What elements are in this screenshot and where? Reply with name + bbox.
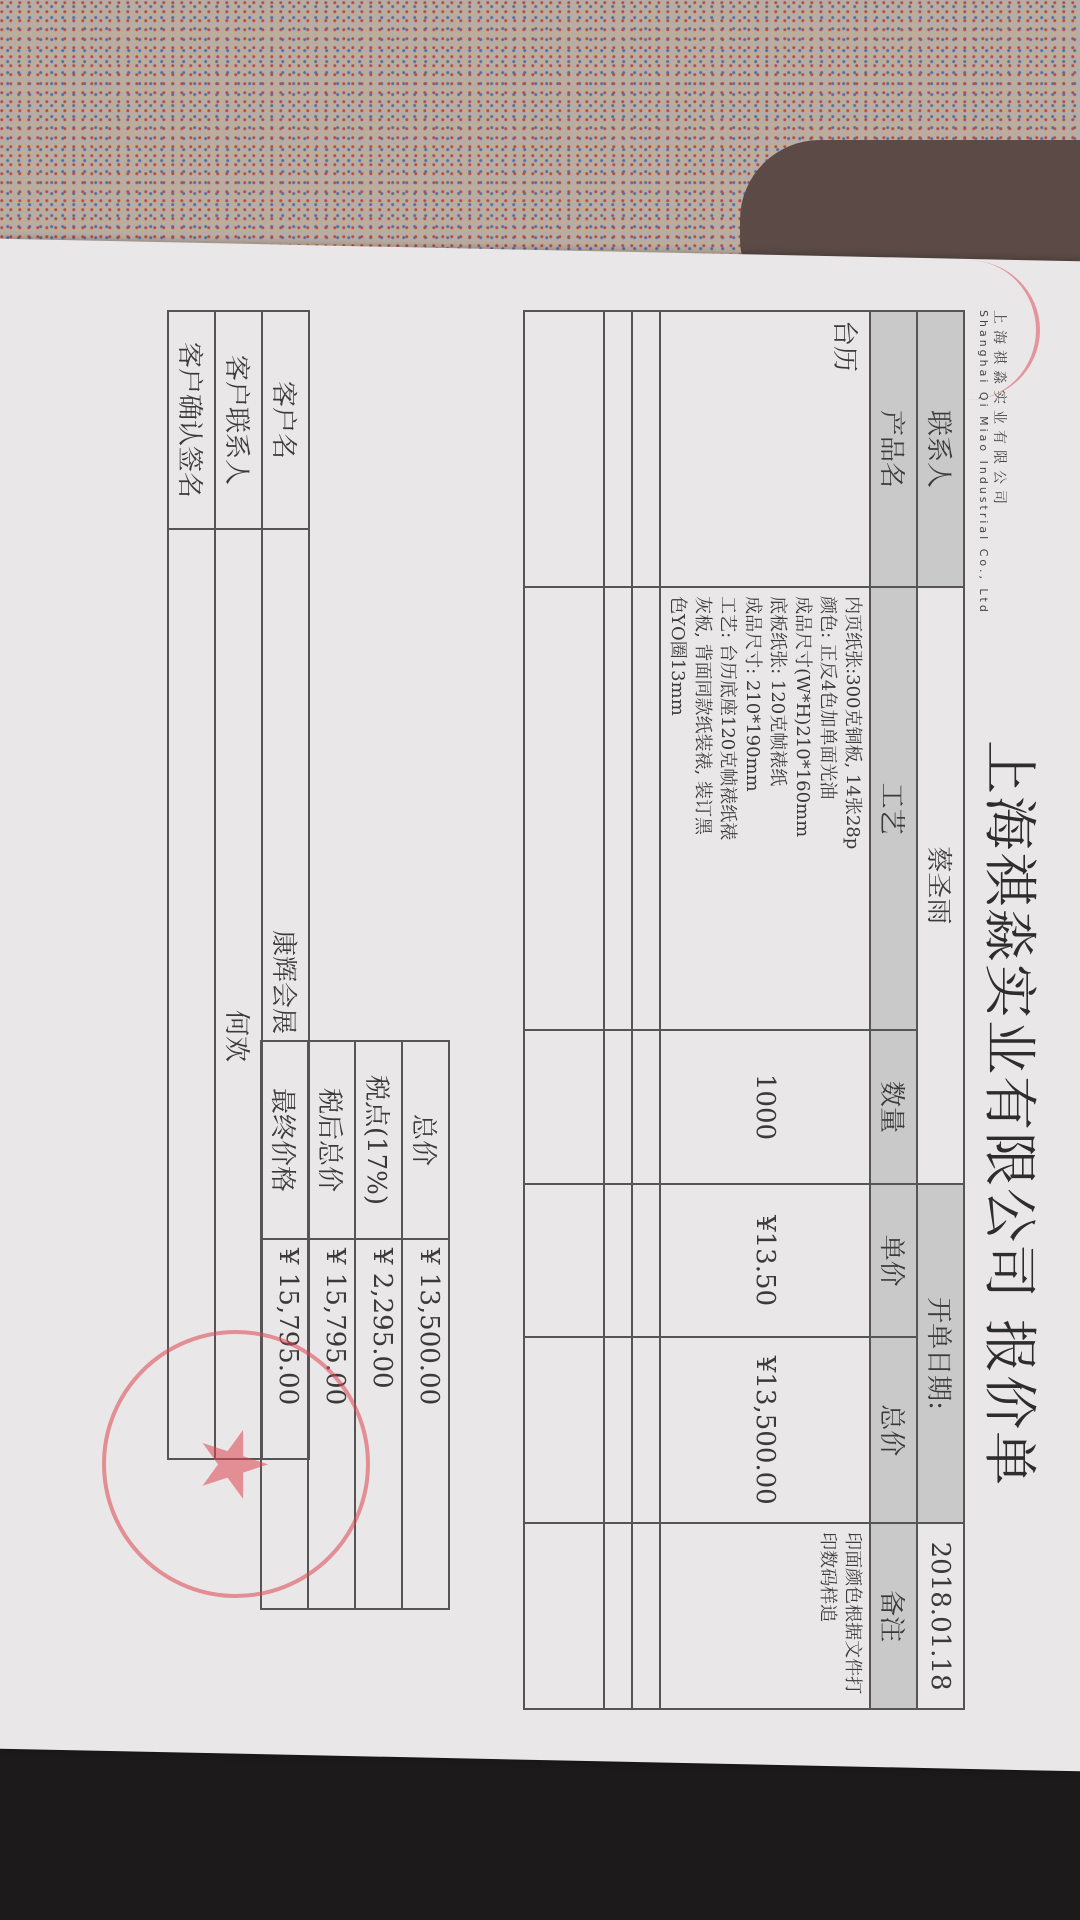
product-name: 台历 [660, 311, 870, 587]
row-total: ¥13,500.00 [660, 1337, 870, 1523]
col-total: 总价 [870, 1337, 917, 1523]
contact-value: 蔡圣雨 [917, 587, 964, 1184]
company-seal [102, 1330, 370, 1598]
logo-en: Shanghai Qi Miao Industrial Co., Ltd [977, 310, 990, 615]
col-quantity: 数量 [870, 1030, 917, 1184]
date-value: 2018.01.18 [917, 1523, 964, 1709]
logo-cn: 上海祺淼实业有限公司 [990, 310, 1010, 510]
col-product: 产品名 [870, 311, 917, 587]
table-row: 台历 内页纸张:300克铜板, 14张28p 颜色: 正反4色加单面光油 成品尺… [660, 311, 870, 1709]
contact-label: 联系人 [917, 311, 964, 587]
col-process: 工艺 [870, 587, 917, 1030]
unit-price: ¥13.50 [660, 1184, 870, 1338]
remark: 印面颜色根据文件打印数码样追 [660, 1523, 870, 1709]
quotation-table: 联系人 蔡圣雨 开单日期: 2018.01.18 产品名 工艺 数量 单价 总价… [523, 310, 965, 1710]
document-title: 上海祺淼实业有限公司 报价单 [975, 740, 1052, 1487]
col-remark: 备注 [870, 1523, 917, 1709]
customer-table: 客户名康辉会展 客户联系人何欢 客户确认签名 [167, 310, 310, 1460]
date-label: 开单日期: [917, 1184, 964, 1523]
quantity: 1000 [660, 1030, 870, 1184]
process-details: 内页纸张:300克铜板, 14张28p 颜色: 正反4色加单面光油 成品尺寸(W… [660, 587, 870, 1030]
col-unit-price: 单价 [870, 1184, 917, 1338]
quotation-sheet: 上海祺淼实业有限公司 Shanghai Qi Miao Industrial C… [70, 270, 1070, 1770]
